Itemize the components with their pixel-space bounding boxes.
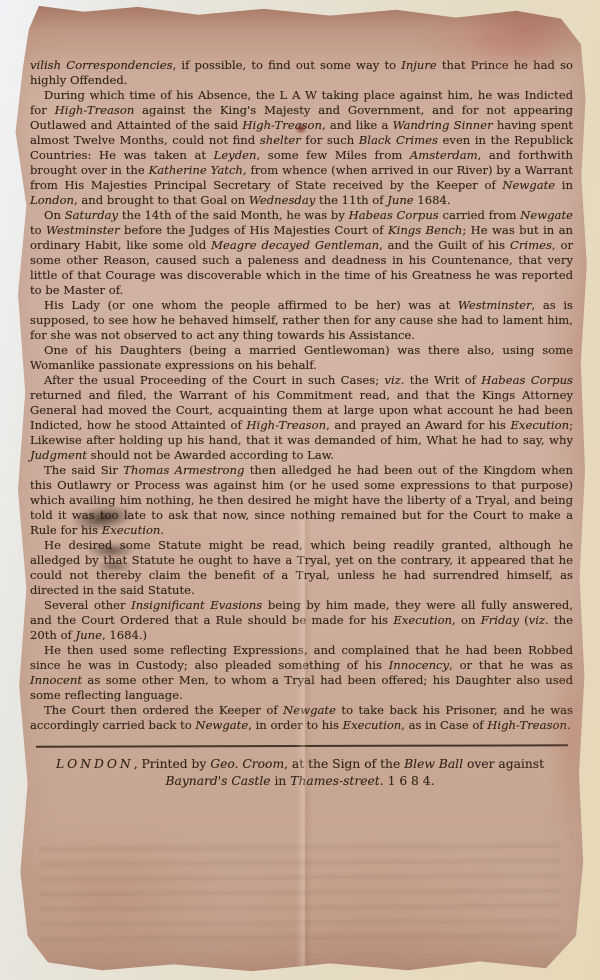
text-run: Execution — [343, 718, 402, 732]
text-run: , some few Miles from — [257, 148, 410, 162]
text-run: as some other Men, to whom a Tryal had b… — [30, 673, 573, 702]
text-run: 1684. — [414, 193, 451, 207]
text-run: Innocency — [389, 658, 449, 672]
imprint: LONDON, Printed by Geo. Croom, at the Si… — [45, 756, 555, 790]
text-run: The Court then ordered the Keeper of — [44, 703, 283, 717]
document-page: vilish Correspondencies, if possible, to… — [0, 0, 600, 980]
text-run: Geo. Croom — [210, 757, 284, 771]
showthrough-texture — [40, 843, 561, 947]
text-run: Habeas Corpus — [481, 373, 573, 387]
paragraph: vilish Correspondencies, if possible, to… — [30, 58, 573, 88]
text-run: for such — [301, 133, 359, 147]
divider — [36, 744, 568, 747]
paragraph: During which time of his Absence, the L … — [30, 88, 573, 208]
text-run: Insignificant Evasions — [131, 598, 262, 612]
text-run: , and brought to that Goal on — [74, 193, 249, 207]
paragraph: The Court then ordered the Keeper of New… — [30, 703, 573, 733]
text-run: Katherine Yatch — [149, 163, 243, 177]
text-run: to — [30, 223, 46, 237]
text-run: On — [44, 208, 65, 222]
text-run: viz. — [529, 613, 549, 627]
text-run: June — [76, 628, 102, 642]
text-run: , and like a — [322, 118, 393, 132]
text-run: Execution — [393, 613, 452, 627]
paragraph: One of his Daughters (being a married Ge… — [30, 343, 573, 373]
text-run: viz. — [384, 373, 404, 387]
text-run: Wednesday — [249, 193, 315, 207]
text-run: After the usual Proceeding of the Court … — [44, 373, 384, 387]
text-run: , 1684.) — [102, 628, 147, 642]
text-run: Habeas Corpus — [349, 208, 439, 222]
text-run: Wandring Sinner — [393, 118, 493, 132]
text-run: His Lady (or one whom the people affirme… — [44, 298, 458, 312]
text-run: Black Crimes — [359, 133, 438, 147]
text-run: Newgate — [283, 703, 336, 717]
text-run: Blew Ball — [404, 757, 463, 771]
text-run: Execution — [510, 418, 569, 432]
text-run: Baynard's Castle — [165, 774, 270, 788]
text-run: the 11th of — [315, 193, 387, 207]
text-run: the 14th of the said Month, he was by — [118, 208, 349, 222]
text-run: Friday — [481, 613, 519, 627]
text-run: , and the Guilt of his — [379, 238, 510, 252]
text-run: Leyden — [214, 148, 257, 162]
text-run: High-Treason — [55, 103, 135, 117]
paragraph: The said Sir Thomas Armestrong then alle… — [30, 463, 573, 538]
text-run: High-Treason — [246, 418, 326, 432]
text-run: should not be Awarded according to Law. — [87, 448, 334, 462]
text-run: carried from — [439, 208, 520, 222]
photo-background: vilish Correspondencies, if possible, to… — [0, 0, 600, 980]
text-run: , and prayed an Award for his — [326, 418, 510, 432]
text-run: vilish Correspondencies — [30, 58, 173, 72]
text-run: before the Judges of His Majesties Court… — [120, 223, 388, 237]
text-run: Meagre decayed Gentleman — [211, 238, 379, 252]
text-run: June — [387, 193, 413, 207]
text-run: Newgate — [502, 178, 555, 192]
text-run: , if possible, to find out some way to — [173, 58, 402, 72]
text-run: , at the Sign of the — [284, 757, 404, 771]
paragraph: He desired some Statute might be read, w… — [30, 538, 573, 598]
text-run: High-Treason — [242, 118, 322, 132]
text-run: Several other — [44, 598, 131, 612]
text-run: Newgate — [195, 718, 248, 732]
text-run: ( — [519, 613, 529, 627]
text-run: Judgment — [30, 448, 87, 462]
text-run: Westminster — [46, 223, 120, 237]
text-run: Thames-street. — [290, 774, 383, 788]
text-run: in — [555, 178, 573, 192]
text-run: shelter — [260, 133, 301, 147]
text-run: The said Sir — [44, 463, 123, 477]
text-run: over against — [463, 757, 544, 771]
body-text: vilish Correspondencies, if possible, to… — [0, 0, 600, 733]
paragraph: After the usual Proceeding of the Court … — [30, 373, 573, 463]
text-run: Kings Bench — [388, 223, 462, 237]
text-run: , in order to his — [248, 718, 342, 732]
text-run: Execution — [102, 523, 161, 537]
text-run: Injure — [401, 58, 437, 72]
text-run: Amsterdam — [410, 148, 478, 162]
text-run: Crimes — [510, 238, 552, 252]
text-run: One of his Daughters (being a married Ge… — [30, 343, 573, 372]
text-run: Innocent — [30, 673, 82, 687]
text-run: High-Treason — [487, 718, 567, 732]
paragraph: On Saturday the 14th of the said Month, … — [30, 208, 573, 298]
text-run: , Printed by — [134, 757, 211, 771]
text-run: . — [567, 718, 571, 732]
text-run: in — [271, 774, 291, 788]
text-run: London — [30, 193, 74, 207]
text-run: , as in Case of — [401, 718, 487, 732]
text-run: Saturday — [65, 208, 118, 222]
text-run: , or that he was as — [449, 658, 573, 672]
paragraph: Several other Insignificant Evasions bei… — [30, 598, 573, 643]
text-run: LONDON — [56, 757, 134, 771]
text-run: . — [160, 523, 164, 537]
paragraph: He then used some reflecting Expressions… — [30, 643, 573, 703]
text-run: the Writ of — [404, 373, 481, 387]
text-run: Newgate — [520, 208, 573, 222]
paragraph: His Lady (or one whom the people affirme… — [30, 298, 573, 343]
text-run: 1 6 8 4. — [384, 774, 435, 788]
text-run: Westminster — [458, 298, 532, 312]
text-run: Thomas Armestrong — [123, 463, 244, 477]
text-run: , on — [452, 613, 481, 627]
text-run: He desired some Statute might be read, w… — [30, 538, 573, 597]
